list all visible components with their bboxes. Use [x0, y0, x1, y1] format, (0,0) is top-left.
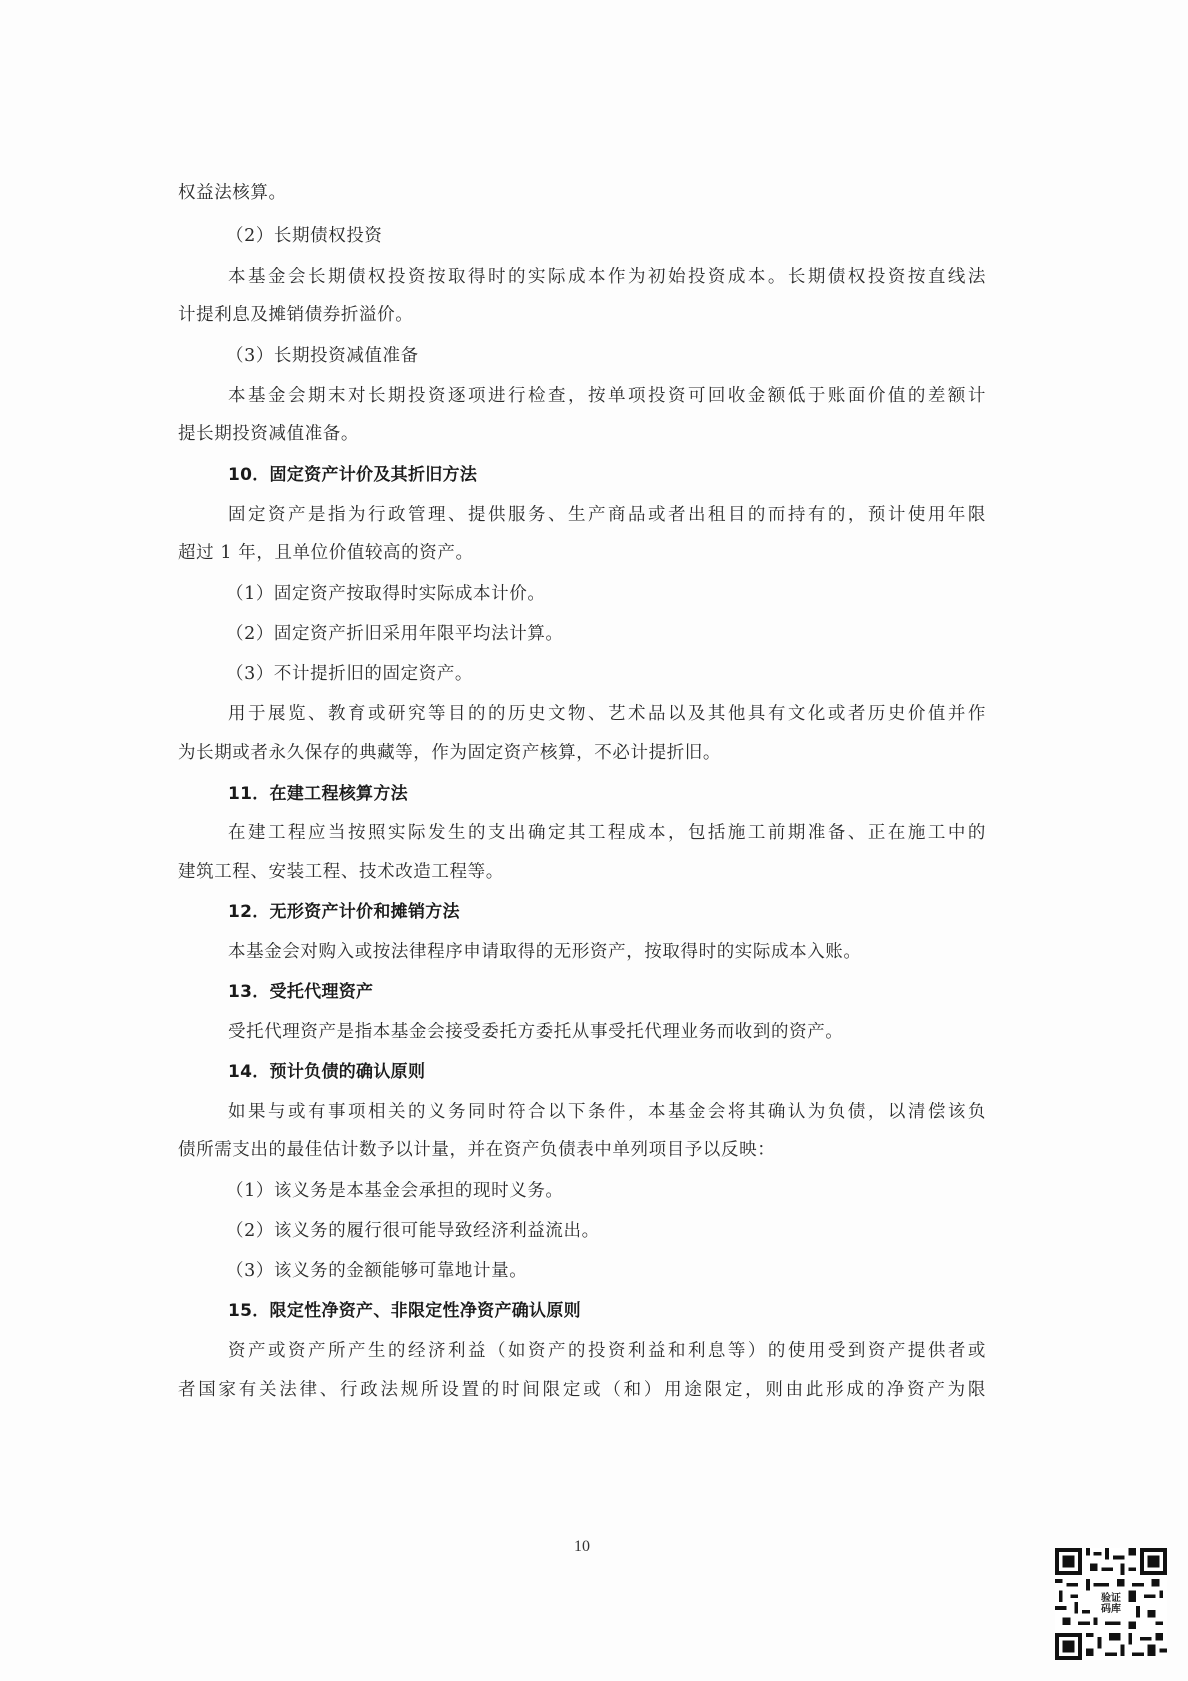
subheading-impairment-provision: （3）长期投资减值准备: [226, 344, 419, 368]
paragraph-line: 计提利息及摊销债券折溢价。: [178, 303, 413, 327]
paragraph-line: 如果与或有事项相关的义务同时符合以下条件，本基金会将其确认为负债，以清偿该负: [228, 1100, 986, 1124]
qr-code-icon[interactable]: 验证 码库: [1055, 1548, 1167, 1660]
list-item: （1）固定资产按取得时实际成本计价。: [226, 582, 545, 606]
section-heading-15: 15．限定性净资产、非限定性净资产确认原则: [228, 1299, 581, 1323]
document-page: 权益法核算。 （2）长期债权投资 本基金会长期债权投资按取得时的实际成本作为初始…: [0, 0, 1188, 1681]
paragraph-line: 为长期或者永久保存的典藏等，作为固定资产核算，不必计提折旧。: [178, 741, 721, 765]
paragraph-line: 在建工程应当按照实际发生的支出确定其工程成本，包括施工前期准备、正在施工中的: [228, 821, 986, 845]
list-item: （3）不计提折旧的固定资产。: [226, 662, 473, 686]
section-heading-10: 10．固定资产计价及其折旧方法: [228, 463, 477, 487]
section-heading-13: 13．受托代理资产: [228, 980, 373, 1004]
paragraph-line: 债所需支出的最佳估计数予以计量，并在资产负债表中单列项目予以反映：: [178, 1138, 775, 1162]
paragraph-line: 建筑工程、安装工程、技术改造工程等。: [178, 860, 504, 884]
paragraph-line: 者国家有关法律、行政法规所设置的时间限定或（和）用途限定，则由此形成的净资产为限: [178, 1378, 986, 1402]
list-item: （1）该义务是本基金会承担的现时义务。: [226, 1179, 564, 1203]
section-heading-12: 12．无形资产计价和摊销方法: [228, 900, 460, 924]
paragraph-line: 受托代理资产是指本基金会接受委托方委托从事受托代理业务而收到的资产。: [228, 1020, 843, 1044]
subheading-long-term-debt-investment: （2）长期债权投资: [226, 224, 383, 248]
paragraph-line: 用于展览、教育或研究等目的的历史文物、艺术品以及其他具有文化或者历史价值并作: [228, 702, 986, 726]
paragraph-line: 本基金会对购入或按法律程序申请取得的无形资产，按取得时的实际成本入账。: [228, 940, 862, 964]
paragraph-line: 超过 1 年，且单位价值较高的资产。: [178, 541, 474, 565]
list-item: （3）该义务的金额能够可靠地计量。: [226, 1259, 527, 1283]
paragraph-line: 固定资产是指为行政管理、提供服务、生产商品或者出租目的而持有的，预计使用年限: [228, 503, 986, 527]
qr-label: 验证 码库: [1096, 1593, 1126, 1617]
paragraph-line: 本基金会期末对长期投资逐项进行检查，按单项投资可回收金额低于账面价值的差额计: [228, 384, 986, 408]
paragraph-line: 提长期投资减值准备。: [178, 422, 359, 446]
page-number: 10: [574, 1538, 590, 1556]
section-heading-11: 11．在建工程核算方法: [228, 782, 408, 806]
paragraph-line: 资产或资产所产生的经济利益（如资产的投资利益和利息等）的使用受到资产提供者或: [228, 1339, 986, 1363]
list-item: （2）该义务的履行很可能导致经济利益流出。: [226, 1219, 600, 1243]
list-item: （2）固定资产折旧采用年限平均法计算。: [226, 622, 564, 646]
section-heading-14: 14．预计负债的确认原则: [228, 1060, 425, 1084]
paragraph-line: 本基金会长期债权投资按取得时的实际成本作为初始投资成本。长期债权投资按直线法: [228, 265, 986, 289]
paragraph-line: 权益法核算。: [178, 181, 287, 205]
